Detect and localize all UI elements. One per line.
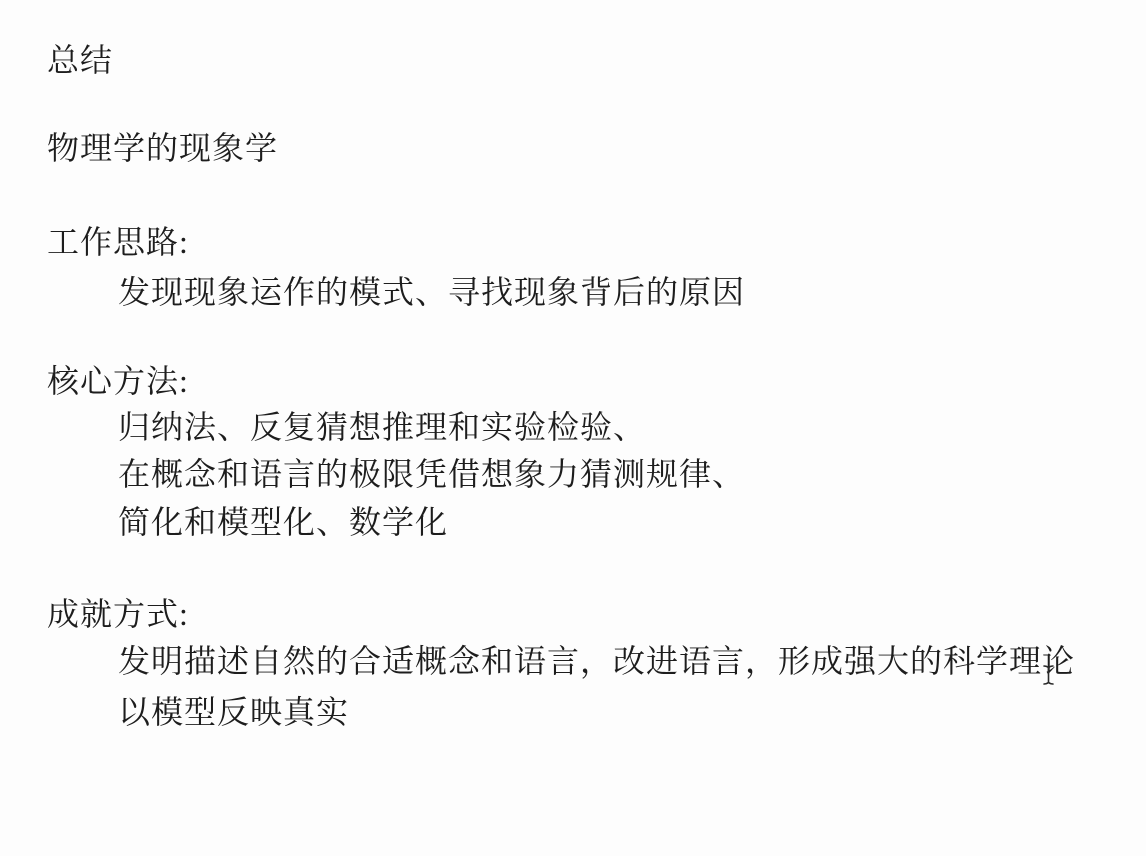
section-heading-achievement-mode: 成就方式: [47, 598, 189, 630]
section-line: 以模型反映真实 [118, 696, 349, 728]
section-heading-work-approach: 工作思路: [47, 226, 189, 258]
section-line: 在概念和语言的极限凭借想象力猜测规律、 [118, 458, 745, 490]
section-line: 简化和模型化、数学化 [118, 506, 448, 538]
section-line: 归纳法、反复猜想推理和实验检验、 [118, 411, 646, 443]
document-canvas[interactable]: 总结 物理学的现象学 工作思路: 发现现象运作的模式、寻找现象背后的原因 核心方… [0, 0, 1146, 856]
section-heading-core-methods: 核心方法: [47, 365, 189, 397]
section-line: 发明描述自然的合适概念和语言，改进语言，形成强大的科学理论 [118, 645, 1075, 677]
section-line: 发现现象运作的模式、寻找现象背后的原因 [118, 276, 745, 308]
doc-subtitle: 物理学的现象学 [47, 132, 278, 164]
doc-title: 总结 [47, 44, 113, 76]
